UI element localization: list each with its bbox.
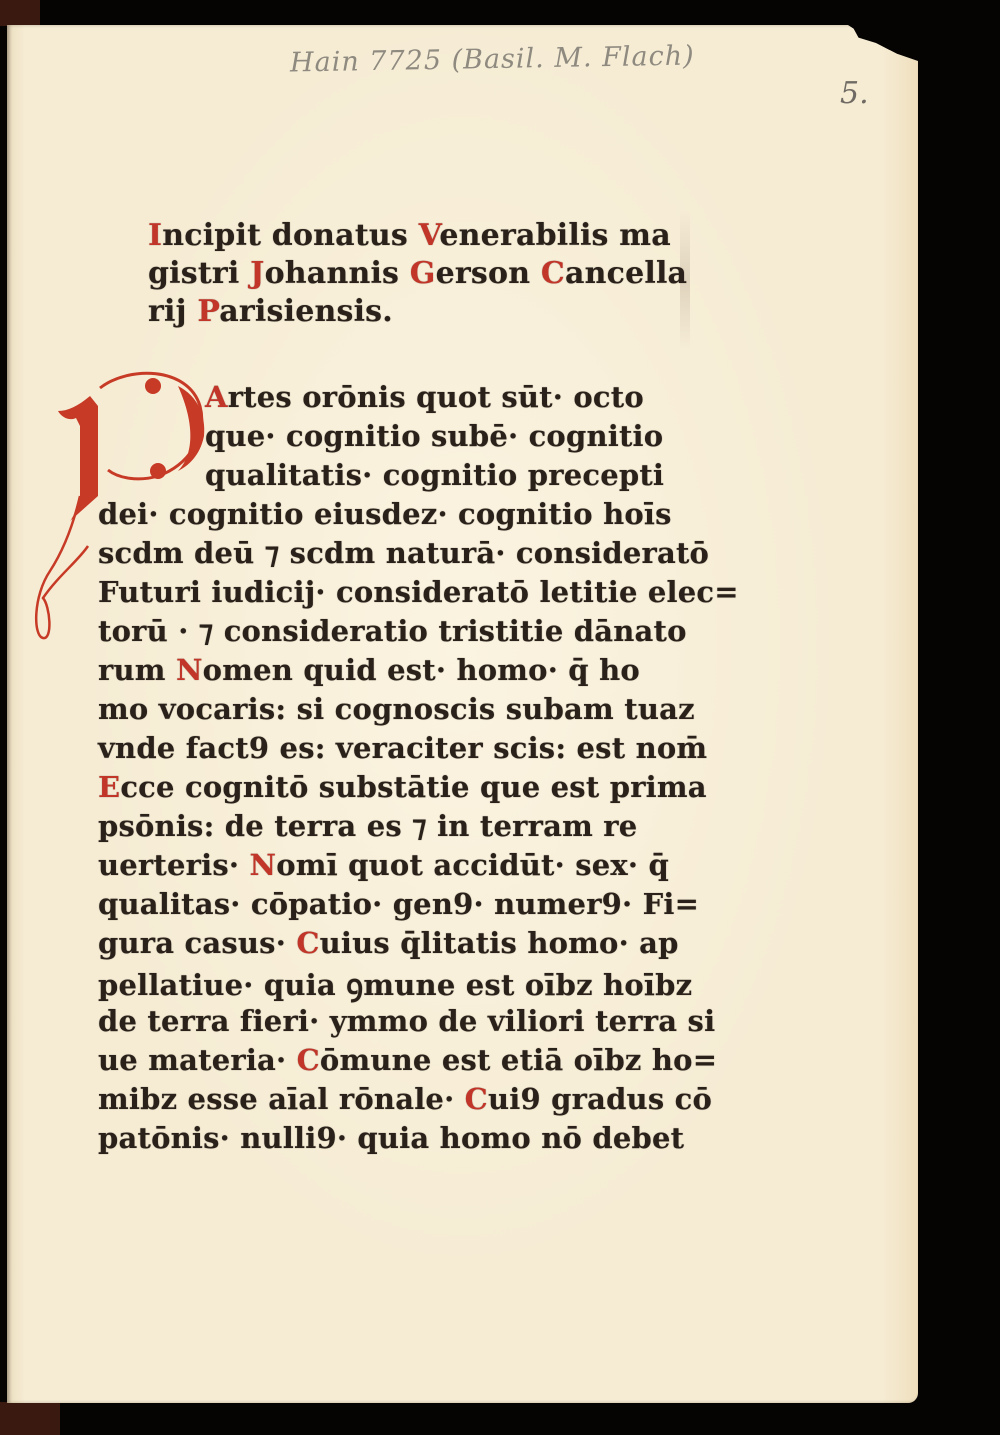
rubric-initial: C <box>296 926 319 960</box>
text-line-content: rtes orōnis quot sūt· octo <box>228 380 644 414</box>
text-line: rum Nomen quid est· homo· q̄ ho <box>98 653 640 687</box>
binding-edge-top <box>0 0 40 26</box>
heading-line: gistri Johannis Gerson Cancella <box>148 256 687 291</box>
rubric-stroke: A <box>205 380 228 414</box>
text-segment: ōmune est etiā oībz ho= <box>320 1043 717 1077</box>
rubric-initial: G <box>410 256 436 291</box>
heading-text: rij <box>148 294 197 329</box>
text-segment: omen quid est· homo· q̄ ho <box>203 653 640 687</box>
text-segment: uius q̄litatis homo· ap <box>320 926 679 960</box>
text-segment: cce cognitō substātie que est prima <box>120 770 706 804</box>
rubric-initial: I <box>148 218 162 253</box>
text-line: mo vocaris: si cognoscis subam tuaz <box>98 692 695 726</box>
folio-number: 5. <box>840 76 869 111</box>
rubric-initial: J <box>250 256 264 291</box>
rubric-initial: E <box>98 770 120 804</box>
text-line: que· cognitio subē· cognitio <box>205 419 663 453</box>
heading-text: ancella <box>565 256 687 291</box>
text-segment: gura casus· <box>98 926 296 960</box>
text-segment: omī quot accidūt· sex· q̄ <box>276 848 669 882</box>
text-line: mibz esse aīal rōnale· Cui9 gradus cō <box>98 1082 712 1116</box>
heading-text: ncipit donatus <box>162 218 418 253</box>
text-line: uerteris· Nomī quot accidūt· sex· q̄ <box>98 848 669 882</box>
heading-text: erson <box>436 256 541 291</box>
text-line: torū · ⁊ consideratio tristitie dānato <box>98 614 687 648</box>
text-line: scdm deū ⁊ scdm naturā· consideratō <box>98 536 709 570</box>
text-line: de terra fieri· ymmo de viliori terra si <box>98 1004 715 1038</box>
heading-text: arisiensis. <box>219 294 393 329</box>
rubric-initial: V <box>419 218 440 253</box>
text-line: qualitatis· cognitio precepti <box>205 458 664 492</box>
text-segment: uerteris· <box>98 848 249 882</box>
rubric-initial: P <box>197 294 219 329</box>
text-line: Ecce cognitō substātie que est prima <box>98 770 707 804</box>
text-line: gura casus· Cuius q̄litatis homo· ap <box>98 926 679 960</box>
rubric-initial: C <box>297 1043 320 1077</box>
heading-text: ohannis <box>265 256 410 291</box>
text-segment: rum <box>98 653 176 687</box>
text-segment: ui9 gradus cō <box>488 1082 712 1116</box>
text-line: patōnis· nulli9· quia homo nō debet <box>98 1121 684 1155</box>
text-line: pellatiue· quia ꝯmune est oībz hoībz <box>98 965 692 1004</box>
text-line: qualitas· cōpatio· gen9· numer9· Fi= <box>98 887 699 921</box>
text-segment: mibz esse aīal rōnale· <box>98 1082 465 1116</box>
text-line: Artes orōnis quot sūt· octo <box>205 380 644 414</box>
heading-text: gistri <box>148 256 250 291</box>
rubric-initial: N <box>249 848 276 882</box>
text-segment: ue materia· <box>98 1043 297 1077</box>
torn-corner <box>848 25 918 61</box>
text-line: Futuri iudicij· consideratō letitie elec… <box>98 575 739 609</box>
heading-text: enerabilis ma <box>439 218 671 253</box>
rubric-initial: N <box>176 653 203 687</box>
text-line: psōnis: de terra es ⁊ in terram re <box>98 809 637 843</box>
text-line: ue materia· Cōmune est etiā oībz ho= <box>98 1043 717 1077</box>
heading-line: rij Parisiensis. <box>148 294 393 329</box>
text-line: vnde fact9 es: veraciter scis: est nom̄ <box>98 731 707 765</box>
rubric-initial: C <box>465 1082 488 1116</box>
rubric-initial: C <box>541 256 565 291</box>
binding-edge-bottom <box>0 1402 60 1435</box>
heading-line: Incipit donatus Venerabilis ma <box>148 218 671 253</box>
text-line: dei· cognitio eiusdez· cognitio hoīs <box>98 497 672 531</box>
